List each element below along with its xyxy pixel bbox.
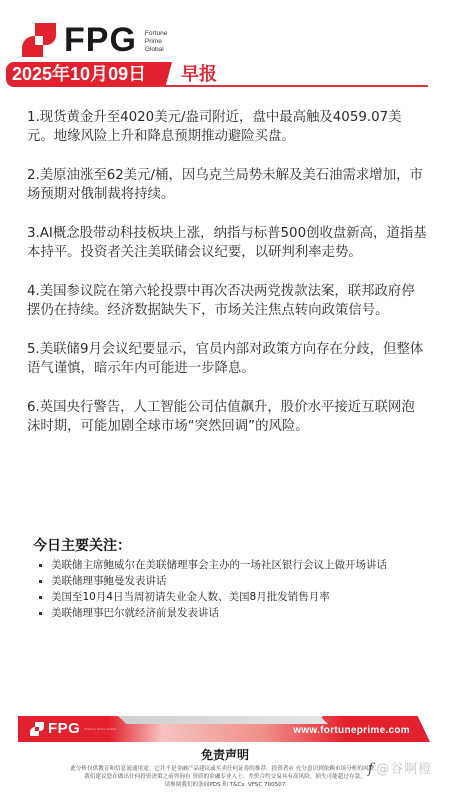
footer-logo-text: FPG <box>48 720 80 737</box>
focus-item: 美国至10月4日当周初请失业金人数、美国8月批发销售月率 <box>37 589 433 605</box>
watermark-text: @谷啊橙 <box>376 762 432 777</box>
focus-item: 美联储主席鲍威尔在美联储理事会主办的一场社区银行会议上做开场讲话 <box>37 557 433 573</box>
report-title: 早报 <box>181 62 217 87</box>
logo-text: FPG <box>64 23 137 57</box>
fpg-logo-icon <box>30 722 44 736</box>
news-item: 3.AI概念股带动科技板块上涨，纳指与标普500创收盘新高，道指基本持平。投资者… <box>27 224 427 262</box>
news-item: 1.现货黄金升至4020美元/盎司附近，盘中最高触及4059.07美元。地缘风险… <box>27 108 427 146</box>
footer-banner-accent <box>118 716 328 724</box>
footer-banner: FPG Fortune Prime Global www.fortuneprim… <box>18 716 430 742</box>
news-item: 2.美原油涨至62美元/桶，因乌克兰局势未解及美石油需求增加，市场预期对俄制裁将… <box>27 166 427 204</box>
news-item: 5.美联储9月会议纪要显示，官员内部对政策方向存在分歧，但整体语气谨慎，暗示年内… <box>27 340 427 378</box>
watermark-icon: f <box>368 761 374 777</box>
footer-logo-subtitle: Fortune Prime Global <box>84 727 116 731</box>
report-date: 2025年10月09日 <box>12 62 146 87</box>
today-focus: 今日主要关注： 美联储主席鲍威尔在美联储理事会主办的一场社区银行会议上做开场讲话… <box>33 537 433 621</box>
logo-subtitle: Fortune Prime Global <box>145 30 167 54</box>
footer-logo: FPG Fortune Prime Global <box>30 720 116 737</box>
news-item: 4.美国参议院在第六轮投票中再次否决两党拨款法案，联邦政府停摆仍在持续。经济数据… <box>27 282 427 320</box>
disclaimer-line: 请参阅我们的条间PDS 和 T&Cs. VFSC 700507 <box>18 781 432 789</box>
fpg-logo: FPG Fortune Prime Global <box>22 22 167 58</box>
fpg-logo-icon <box>22 23 56 57</box>
news-list: 1.现货黄金升至4020美元/盎司附近，盘中最高触及4059.07美元。地缘风险… <box>27 108 427 456</box>
news-item: 6.英国央行警告，人工智能公司估值飙升，股价水平接近互联网泡沫时期，可能加剧全球… <box>27 398 427 436</box>
focus-item: 美联储理事鲍曼发表讲话 <box>37 573 433 589</box>
focus-list: 美联储主席鲍威尔在美联储理事会主办的一场社区银行会议上做开场讲话 美联储理事鲍曼… <box>37 557 433 621</box>
website-link[interactable]: www.fortuneprime.com <box>293 725 410 736</box>
header-divider <box>160 85 428 87</box>
watermark: f@谷啊橙 <box>368 758 432 777</box>
focus-item: 美联储理事巴尔就经济前景发表讲话 <box>37 605 433 621</box>
focus-title: 今日主要关注： <box>33 537 433 555</box>
